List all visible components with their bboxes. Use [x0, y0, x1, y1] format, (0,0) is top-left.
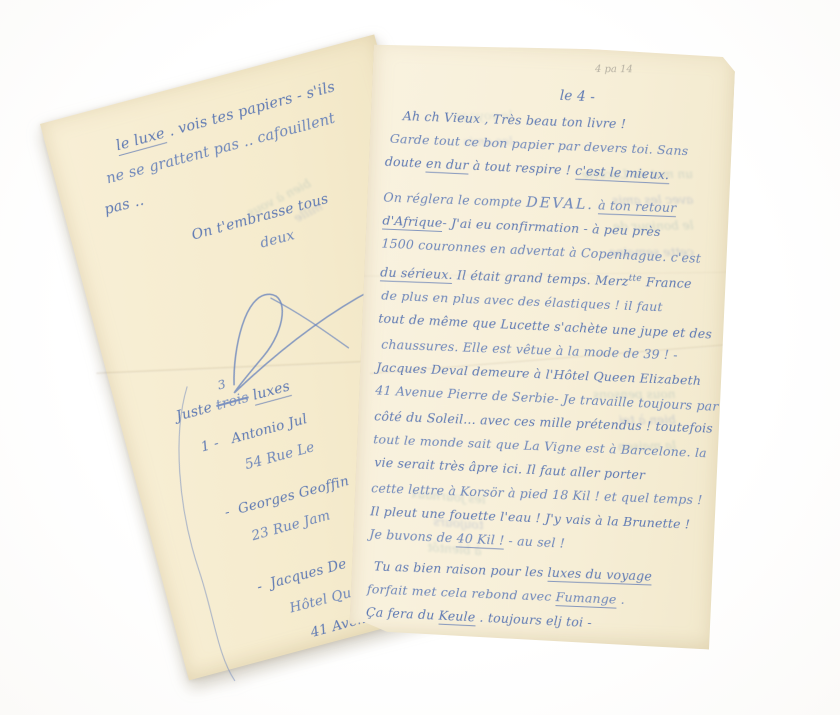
date-line: le 4 -	[559, 88, 595, 105]
letter-body-text: Ah ch Vieux , Très beau ton livre !Garde…	[365, 103, 727, 640]
photo-of-letters: bien à vousmille le luxe . vois tes papi…	[0, 0, 840, 715]
pencil-annotation: 4 pa 14	[595, 64, 633, 75]
right-letter-sheet: un mot de Lucetteavec les amisle bonjour…	[349, 40, 736, 650]
